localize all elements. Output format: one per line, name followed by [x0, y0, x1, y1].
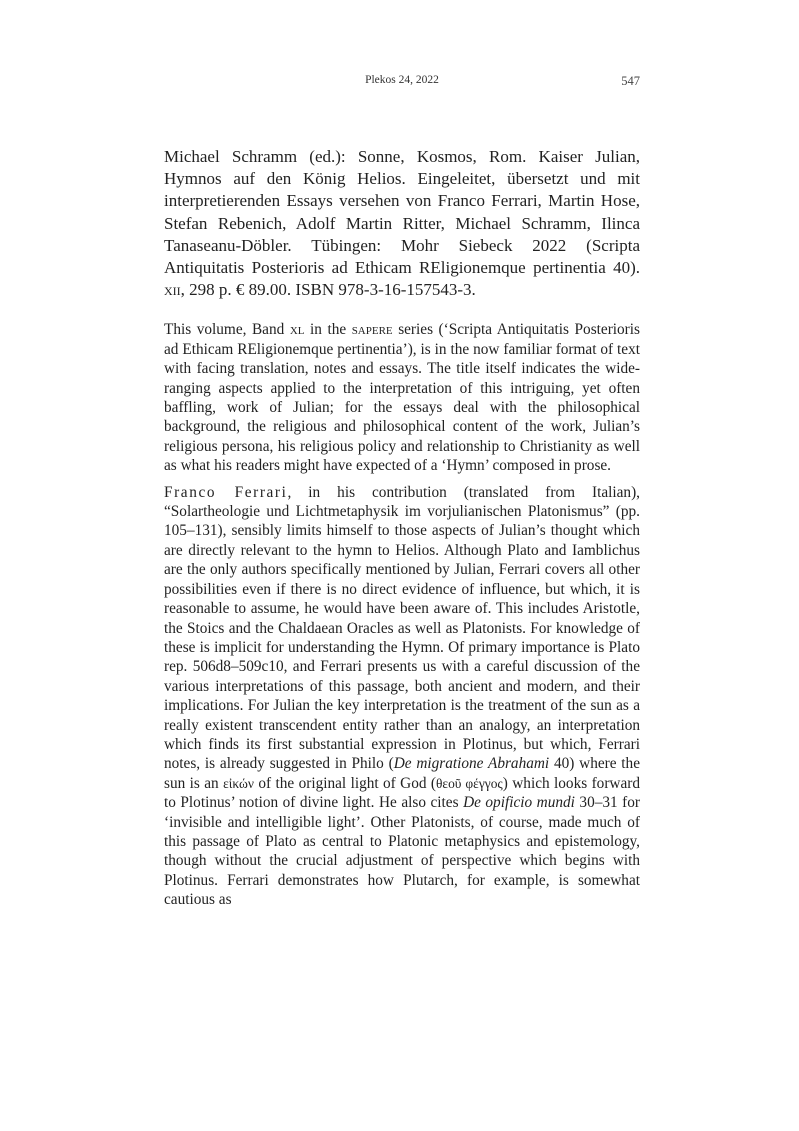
citation-text-end: , 298 p. € 89.00. ISBN 978-3-16-157543-3…	[181, 280, 476, 299]
roman-page-count: xii	[164, 280, 181, 299]
text-run: , in his contribution (translated from I…	[164, 484, 640, 773]
review-content: Michael Schramm (ed.): Sonne, Kosmos, Ro…	[164, 146, 640, 910]
text-run: 30–31 for ‘invisible and intelligible li…	[164, 794, 640, 908]
work-title: De migratione Abrahami	[394, 755, 549, 772]
journal-title: Plekos 24, 2022	[164, 74, 640, 86]
book-citation: Michael Schramm (ed.): Sonne, Kosmos, Ro…	[164, 146, 640, 301]
text-run: in the	[304, 321, 351, 338]
text-run: This volume, Band	[164, 321, 290, 338]
work-title: De opificio mundi	[463, 794, 575, 811]
essay-author: Franco Ferrari	[164, 484, 287, 501]
text-run: series (‘Scripta Antiquitatis Posteriori…	[164, 321, 640, 474]
citation-text: Michael Schramm (ed.): Sonne, Kosmos, Ro…	[164, 147, 640, 277]
text-run: of the original light of God (	[254, 775, 436, 792]
paragraph-intro: This volume, Band xl in the sapere serie…	[164, 320, 640, 475]
band-number: xl	[290, 321, 305, 338]
page-number: 547	[621, 74, 640, 89]
paragraph-ferrari: Franco Ferrari, in his contribution (tra…	[164, 483, 640, 910]
document-page: Plekos 24, 2022 547 Michael Schramm (ed.…	[0, 0, 799, 1131]
greek-term: εἰκών	[223, 776, 254, 791]
series-name: sapere	[352, 321, 393, 338]
greek-term: θεοῦ φέγγος	[436, 776, 503, 791]
